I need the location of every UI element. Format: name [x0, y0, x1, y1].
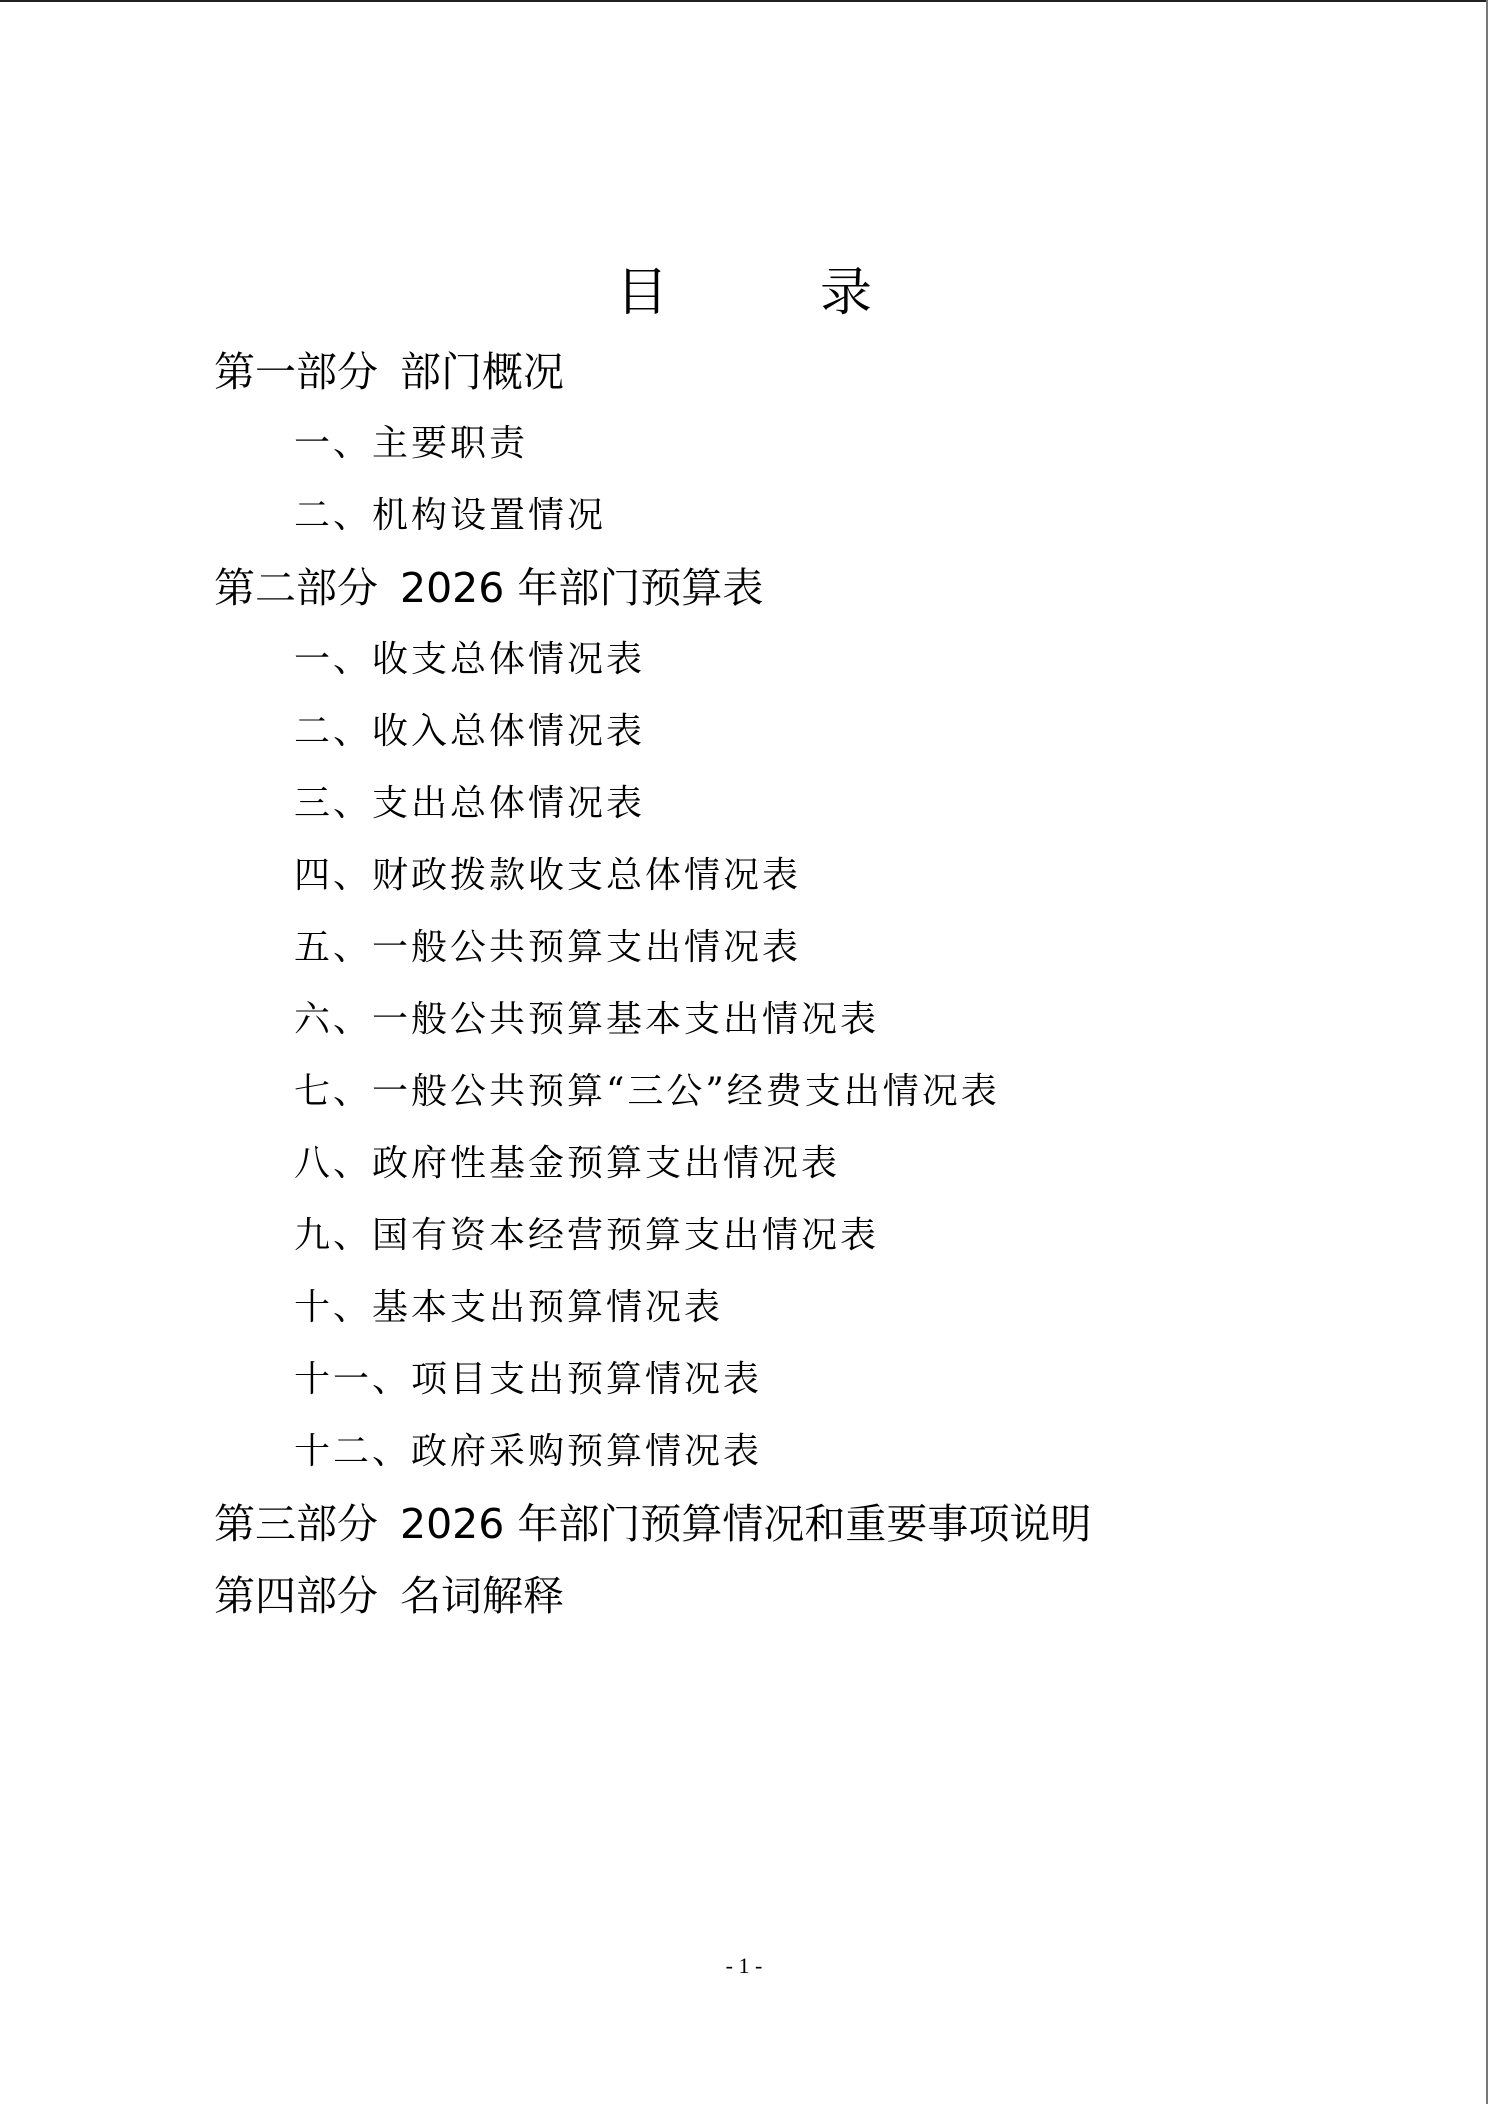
toc-item-table-10[interactable]: 十、基本支出预算情况表 [214, 1272, 1414, 1344]
toc-item-table-7[interactable]: 七、一般公共预算“三公”经费支出情况表 [214, 1056, 1414, 1128]
page-border-top [0, 0, 1488, 2]
toc-title: 目 录 [0, 258, 1488, 328]
part-prefix: 第二部分 [214, 564, 378, 612]
toc-item-table-8[interactable]: 八、政府性基金预算支出情况表 [214, 1128, 1414, 1200]
part-prefix: 第三部分 [214, 1500, 378, 1548]
toc-part-3[interactable]: 第三部分2026 年部门预算情况和重要事项说明 [214, 1488, 1414, 1560]
page-number: - 1 - [0, 1952, 1488, 1980]
table-of-contents: 第一部分部门概况 一、主要职责 二、机构设置情况 第二部分2026 年部门预算表… [214, 336, 1414, 1632]
toc-item-org-structure[interactable]: 二、机构设置情况 [214, 480, 1414, 552]
toc-part-1[interactable]: 第一部分部门概况 [214, 336, 1414, 408]
part-label: 名词解释 [400, 1572, 564, 1620]
toc-item-table-5[interactable]: 五、一般公共预算支出情况表 [214, 912, 1414, 984]
part-prefix: 第四部分 [214, 1572, 378, 1620]
toc-item-table-6[interactable]: 六、一般公共预算基本支出情况表 [214, 984, 1414, 1056]
toc-item-table-4[interactable]: 四、财政拨款收支总体情况表 [214, 840, 1414, 912]
toc-item-main-duties[interactable]: 一、主要职责 [214, 408, 1414, 480]
toc-part-4[interactable]: 第四部分名词解释 [214, 1560, 1414, 1632]
part-label: 部门概况 [400, 348, 564, 396]
toc-item-table-12[interactable]: 十二、政府采购预算情况表 [214, 1416, 1414, 1488]
part-prefix: 第一部分 [214, 348, 378, 396]
toc-item-table-3[interactable]: 三、支出总体情况表 [214, 768, 1414, 840]
toc-item-table-2[interactable]: 二、收入总体情况表 [214, 696, 1414, 768]
toc-item-table-9[interactable]: 九、国有资本经营预算支出情况表 [214, 1200, 1414, 1272]
toc-item-table-1[interactable]: 一、收支总体情况表 [214, 624, 1414, 696]
part-label: 2026 年部门预算表 [400, 564, 763, 612]
toc-part-2[interactable]: 第二部分2026 年部门预算表 [214, 552, 1414, 624]
part-label: 2026 年部门预算情况和重要事项说明 [400, 1500, 1091, 1548]
toc-item-table-11[interactable]: 十一、项目支出预算情况表 [214, 1344, 1414, 1416]
